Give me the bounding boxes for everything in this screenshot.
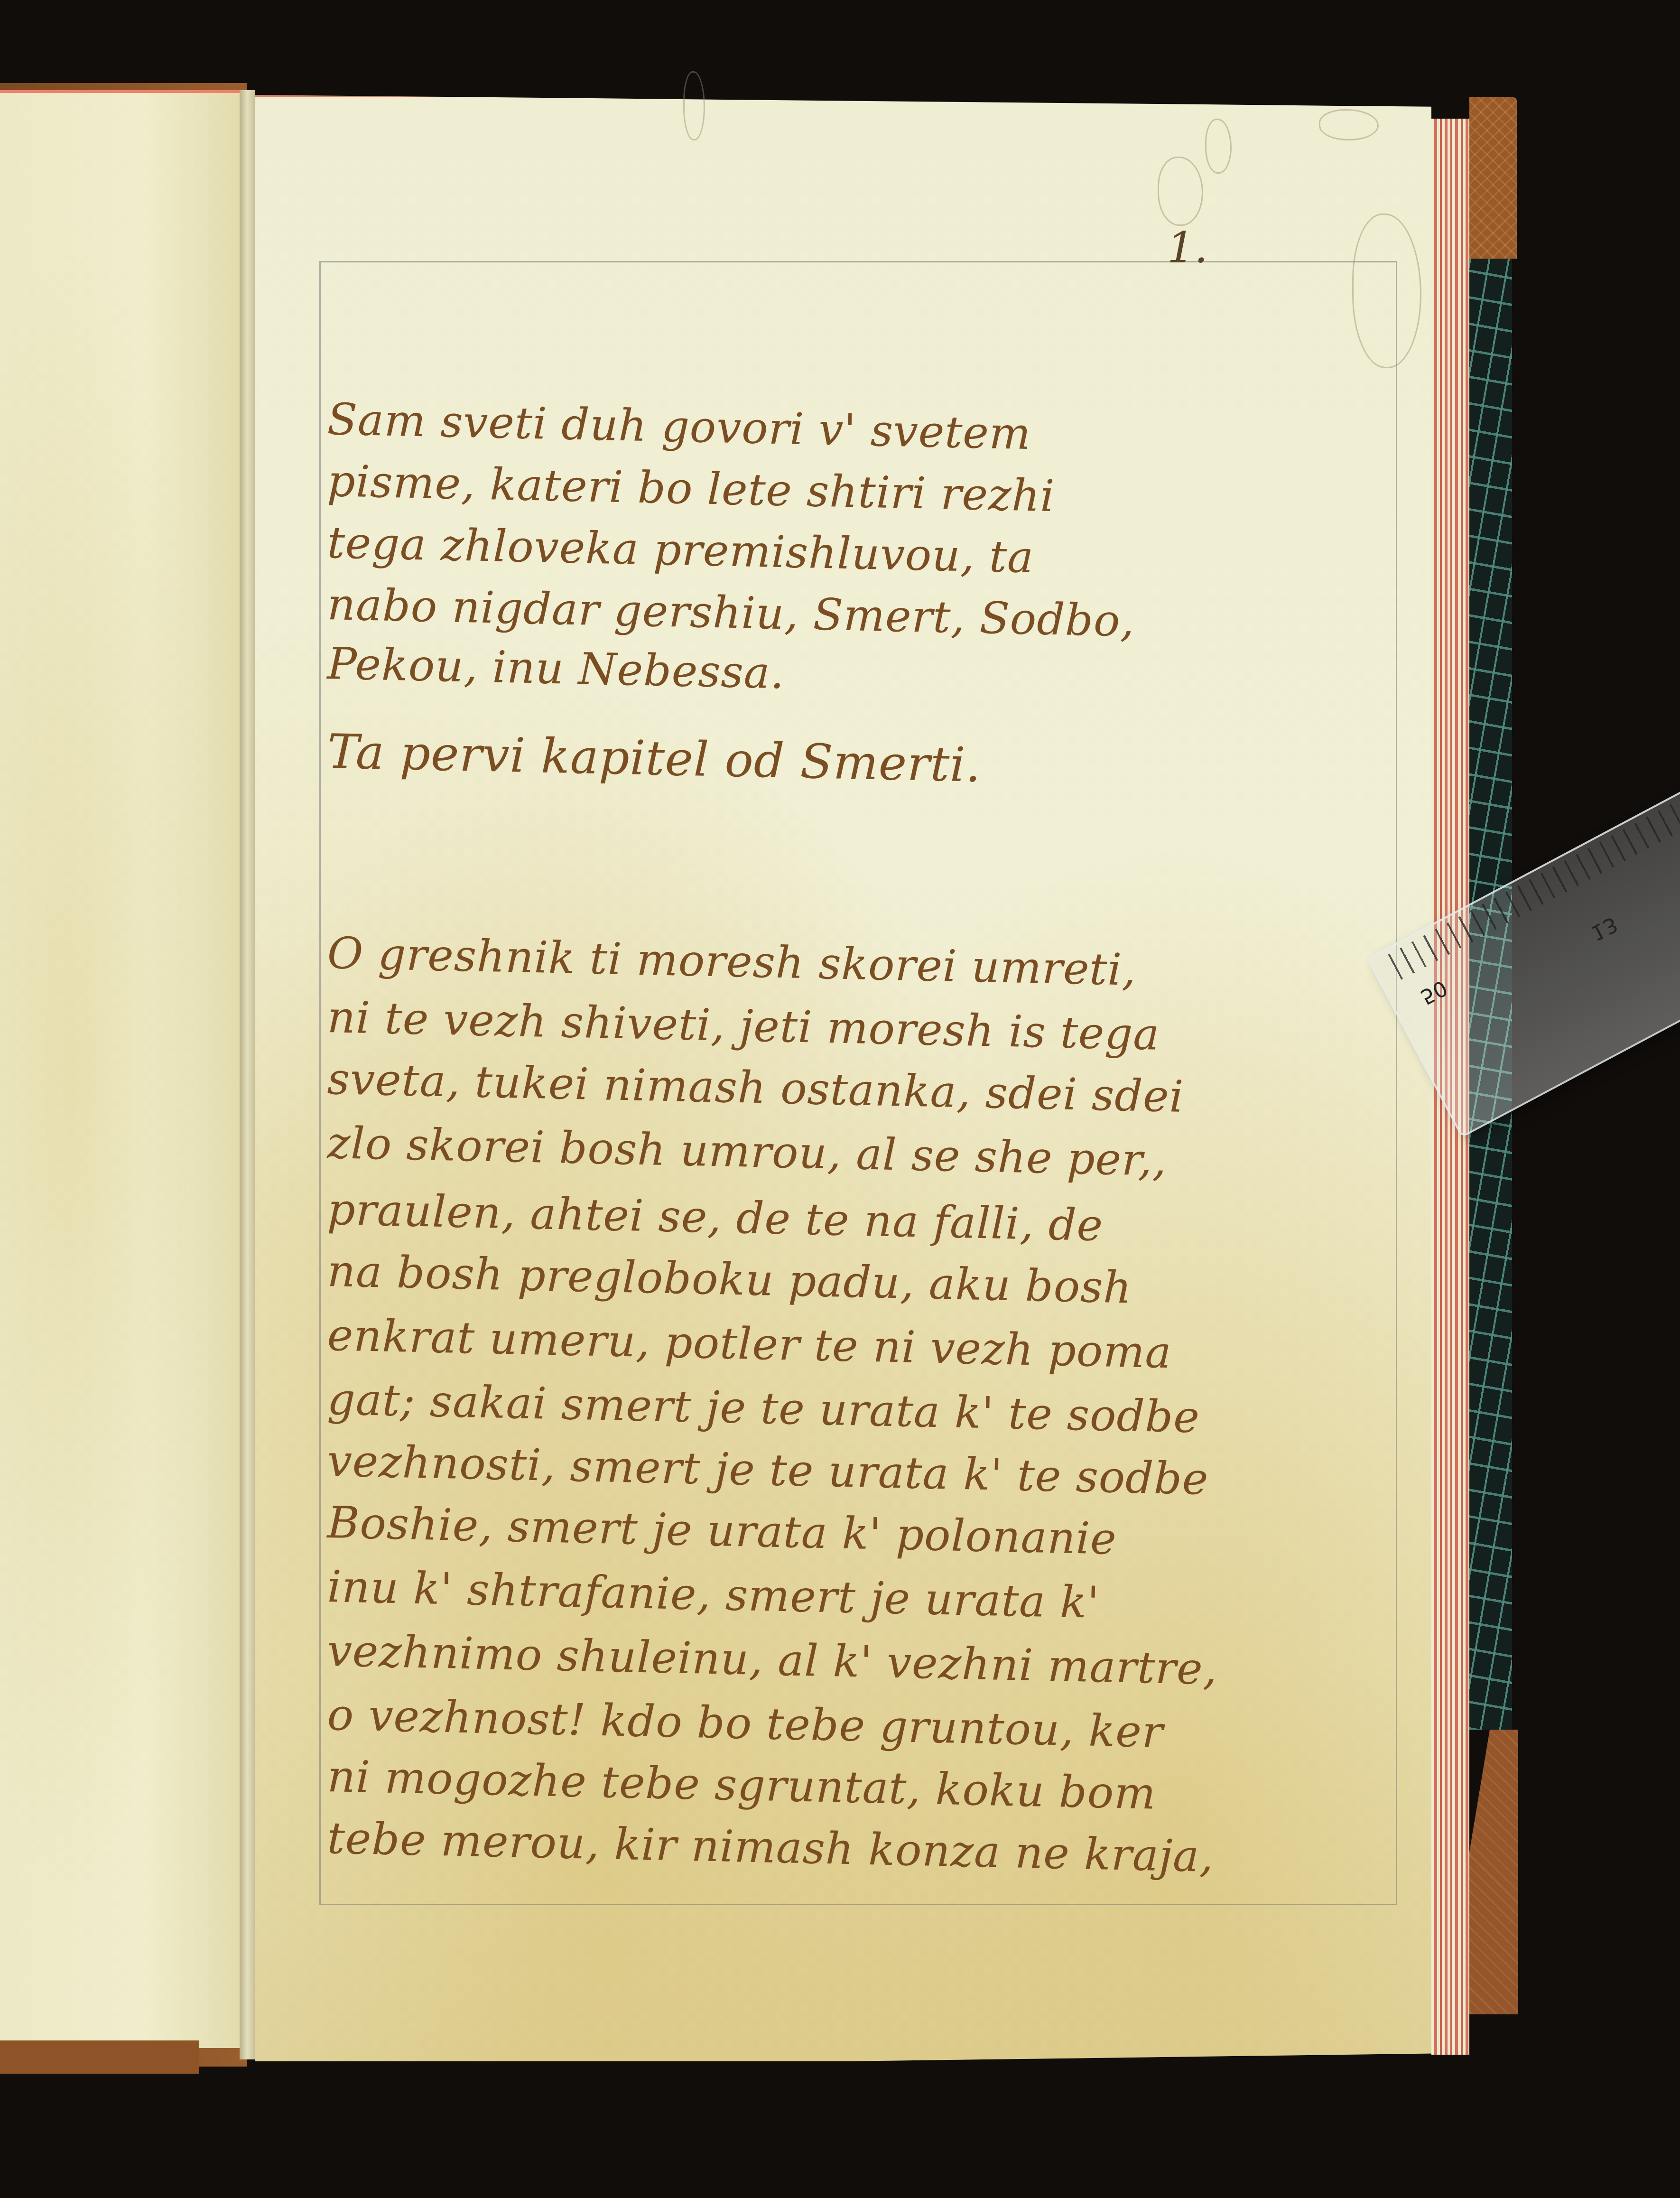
ruler-label: 50 — [1416, 975, 1451, 1009]
book-gutter — [240, 90, 255, 2059]
water-stain — [1205, 119, 1232, 174]
text-line: Pekou, inu Nebessa. — [327, 638, 785, 699]
page-number: 1. — [1167, 223, 1208, 273]
ruler-label: 13 — [1587, 912, 1621, 945]
right-cover-leather-corner-top — [1469, 97, 1517, 259]
water-stain — [683, 71, 705, 140]
left-blank-page — [0, 90, 240, 2048]
left-cover-bottom-edge — [0, 2040, 199, 2074]
water-stain — [1319, 109, 1379, 140]
